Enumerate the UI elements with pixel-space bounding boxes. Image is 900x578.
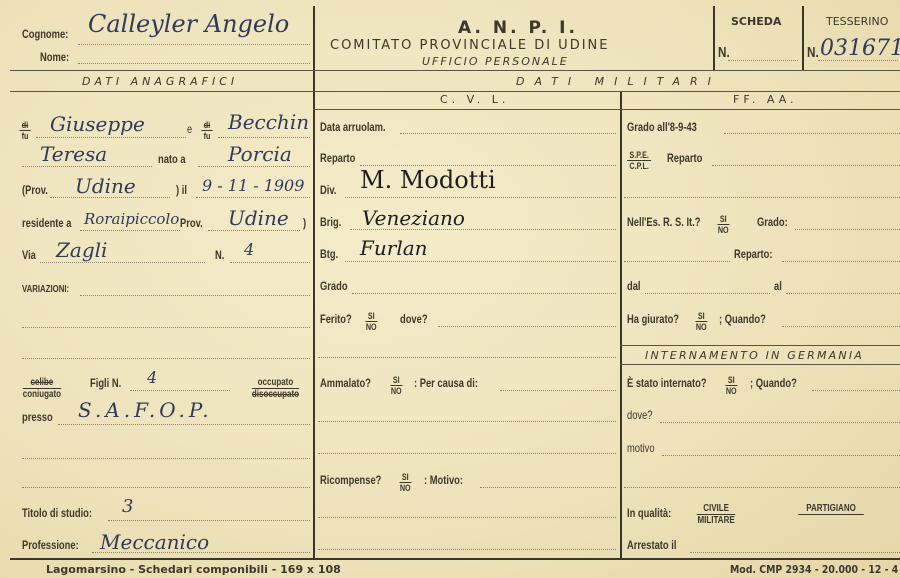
oath-label: Ha giurato?	[627, 312, 679, 326]
org-title: A. N. P. I.	[458, 18, 578, 38]
internment-title: INTERNAMENTO IN GERMANIA	[645, 349, 864, 362]
surname-label: Cognome:	[22, 27, 68, 41]
profession-value[interactable]: Meccanico	[100, 530, 209, 554]
employer-label: presso	[22, 410, 53, 424]
scheda-n-label: N.	[718, 44, 730, 61]
arrested-label: Arrestato il	[627, 538, 676, 552]
anagrafici-title: DATI ANAGRAFICI	[82, 75, 238, 88]
residence-label: residente a	[22, 216, 71, 230]
divider-left	[313, 6, 315, 558]
printer-note: Lagomarsino - Schedari componibili - 169…	[46, 563, 341, 576]
residence-prov-label: Prov.	[180, 216, 203, 230]
rewards-label: Ricompense?	[320, 473, 381, 487]
rule-bottom	[10, 558, 900, 560]
variations-label: VARIAZIONI:	[22, 284, 69, 295]
education-value[interactable]: 3	[122, 496, 133, 517]
divider-scheda	[713, 6, 715, 70]
sick-label: Ammalato?	[320, 376, 371, 390]
brig-label: Brig.	[320, 215, 341, 229]
tesserino-label: TESSERINO	[826, 15, 888, 28]
reason-label: motivo	[627, 441, 655, 455]
div-label: Div.	[320, 183, 336, 197]
number-value[interactable]: 4	[244, 240, 254, 259]
children-label: Figli N.	[90, 376, 121, 390]
rsi-label: Nell'Es. R. S. It.?	[627, 215, 700, 229]
militari-title: DATI MILITARI	[516, 75, 721, 88]
div-value[interactable]: M. Modotti	[360, 166, 496, 194]
birthplace-value[interactable]: Porcia	[228, 142, 292, 166]
residence-value[interactable]: Roraipiccolo	[84, 210, 179, 228]
rewards-si-no[interactable]: SINO	[399, 472, 411, 493]
cvl-rank-label: Grado	[320, 279, 348, 293]
birth-prov-value[interactable]: Udine	[75, 174, 136, 198]
wounded-si-no[interactable]: SINO	[365, 311, 377, 332]
education-label: Titolo di studio:	[22, 506, 92, 520]
and-label: e	[187, 122, 192, 136]
rank-date-label: Grado all'8-9-43	[627, 120, 697, 134]
residence-prov-value[interactable]: Udine	[228, 206, 289, 230]
birth-prov-label: (Prov.	[22, 183, 48, 197]
employer-value[interactable]: S.A.F.O.P.	[78, 398, 213, 422]
rule-internment-bottom	[620, 364, 900, 365]
birth-date-label: ) il	[176, 183, 187, 197]
marital-status: celibeconiugato	[23, 377, 61, 400]
born-label: nato a	[158, 152, 186, 166]
birth-date-value[interactable]: 9 - 11 - 1909	[202, 176, 304, 195]
cvl-unit-label: Reparto	[320, 151, 355, 165]
rsi-unit-label: Reparto:	[734, 247, 772, 261]
scheda-label: SCHEDA	[731, 15, 781, 28]
children-value[interactable]: 4	[147, 368, 157, 387]
oath-when-label: ; Quando?	[719, 312, 766, 326]
rule-sections	[10, 91, 900, 92]
ffaa-unit-label: Reparto	[667, 151, 702, 165]
rule-sub	[313, 109, 900, 110]
oath-si-no[interactable]: SINO	[695, 311, 707, 332]
spe-cpl: S.P.E.C.P.L.	[627, 150, 651, 171]
where-label: dove?	[627, 408, 653, 422]
mother-name-value[interactable]: Teresa	[40, 142, 107, 166]
civil-military[interactable]: CIVILEMILITARE	[697, 503, 736, 526]
divider-mid	[620, 92, 622, 558]
interned-label: È stato internato?	[627, 376, 707, 390]
rsi-rank-label: Grado:	[757, 215, 788, 229]
rsi-si-no[interactable]: SINO	[717, 214, 729, 235]
anpi-personnel-card: Cognome: Nome: Calleyler Angelo A. N. P.…	[0, 0, 900, 578]
btg-value[interactable]: Furlan	[360, 236, 428, 260]
mother-di-fu: difu	[201, 120, 212, 141]
interned-when-label: ; Quando?	[750, 376, 797, 390]
surname-name-value[interactable]: Calleyler Angelo	[88, 10, 289, 38]
ffaa-title: FF. AA.	[733, 93, 798, 106]
mother-surname-value[interactable]: Becchin	[228, 110, 309, 134]
interned-si-no[interactable]: SINO	[725, 375, 737, 396]
enlist-label: Data arruolam.	[320, 120, 386, 134]
employment-status: occupatodisoccupato	[252, 377, 299, 400]
as-label: In qualità:	[627, 506, 671, 520]
brig-value[interactable]: Veneziano	[362, 206, 465, 230]
street-label: Via	[22, 248, 36, 262]
father-value[interactable]: Giuseppe	[50, 112, 145, 136]
partisan-option[interactable]: PARTIGIANO	[798, 503, 864, 515]
rewards-reason-label: : Motivo:	[424, 473, 463, 487]
cvl-title: C. V. L.	[440, 93, 509, 106]
to-label: al	[774, 279, 782, 293]
street-value[interactable]: Zagli	[56, 238, 107, 262]
rule-internment-top	[620, 345, 900, 346]
btg-label: Btg.	[320, 247, 338, 261]
sick-si-no[interactable]: SINO	[390, 375, 402, 396]
name-label: Nome:	[40, 50, 69, 64]
sick-cause-label: : Per causa di:	[414, 376, 478, 390]
divider-tesserino	[802, 6, 804, 70]
rule-header	[10, 70, 900, 71]
close-paren: )	[303, 216, 306, 230]
profession-label: Professione:	[22, 538, 79, 552]
father-di-fu: difu	[19, 120, 30, 141]
wounded-label: Ferito?	[320, 312, 352, 326]
model-note: Mod. CMP 2934 - 20.000 - 12 - 4	[730, 563, 898, 576]
tesserino-value[interactable]: 031671	[820, 36, 900, 61]
org-subtitle: COMITATO PROVINCIALE DI UDINE	[330, 38, 609, 53]
number-label: N.	[215, 248, 224, 262]
from-label: dal	[627, 279, 641, 293]
wounded-where-label: dove?	[400, 312, 428, 326]
tesserino-n-label: N.	[807, 44, 819, 61]
org-office: UFFICIO PERSONALE	[422, 55, 569, 68]
